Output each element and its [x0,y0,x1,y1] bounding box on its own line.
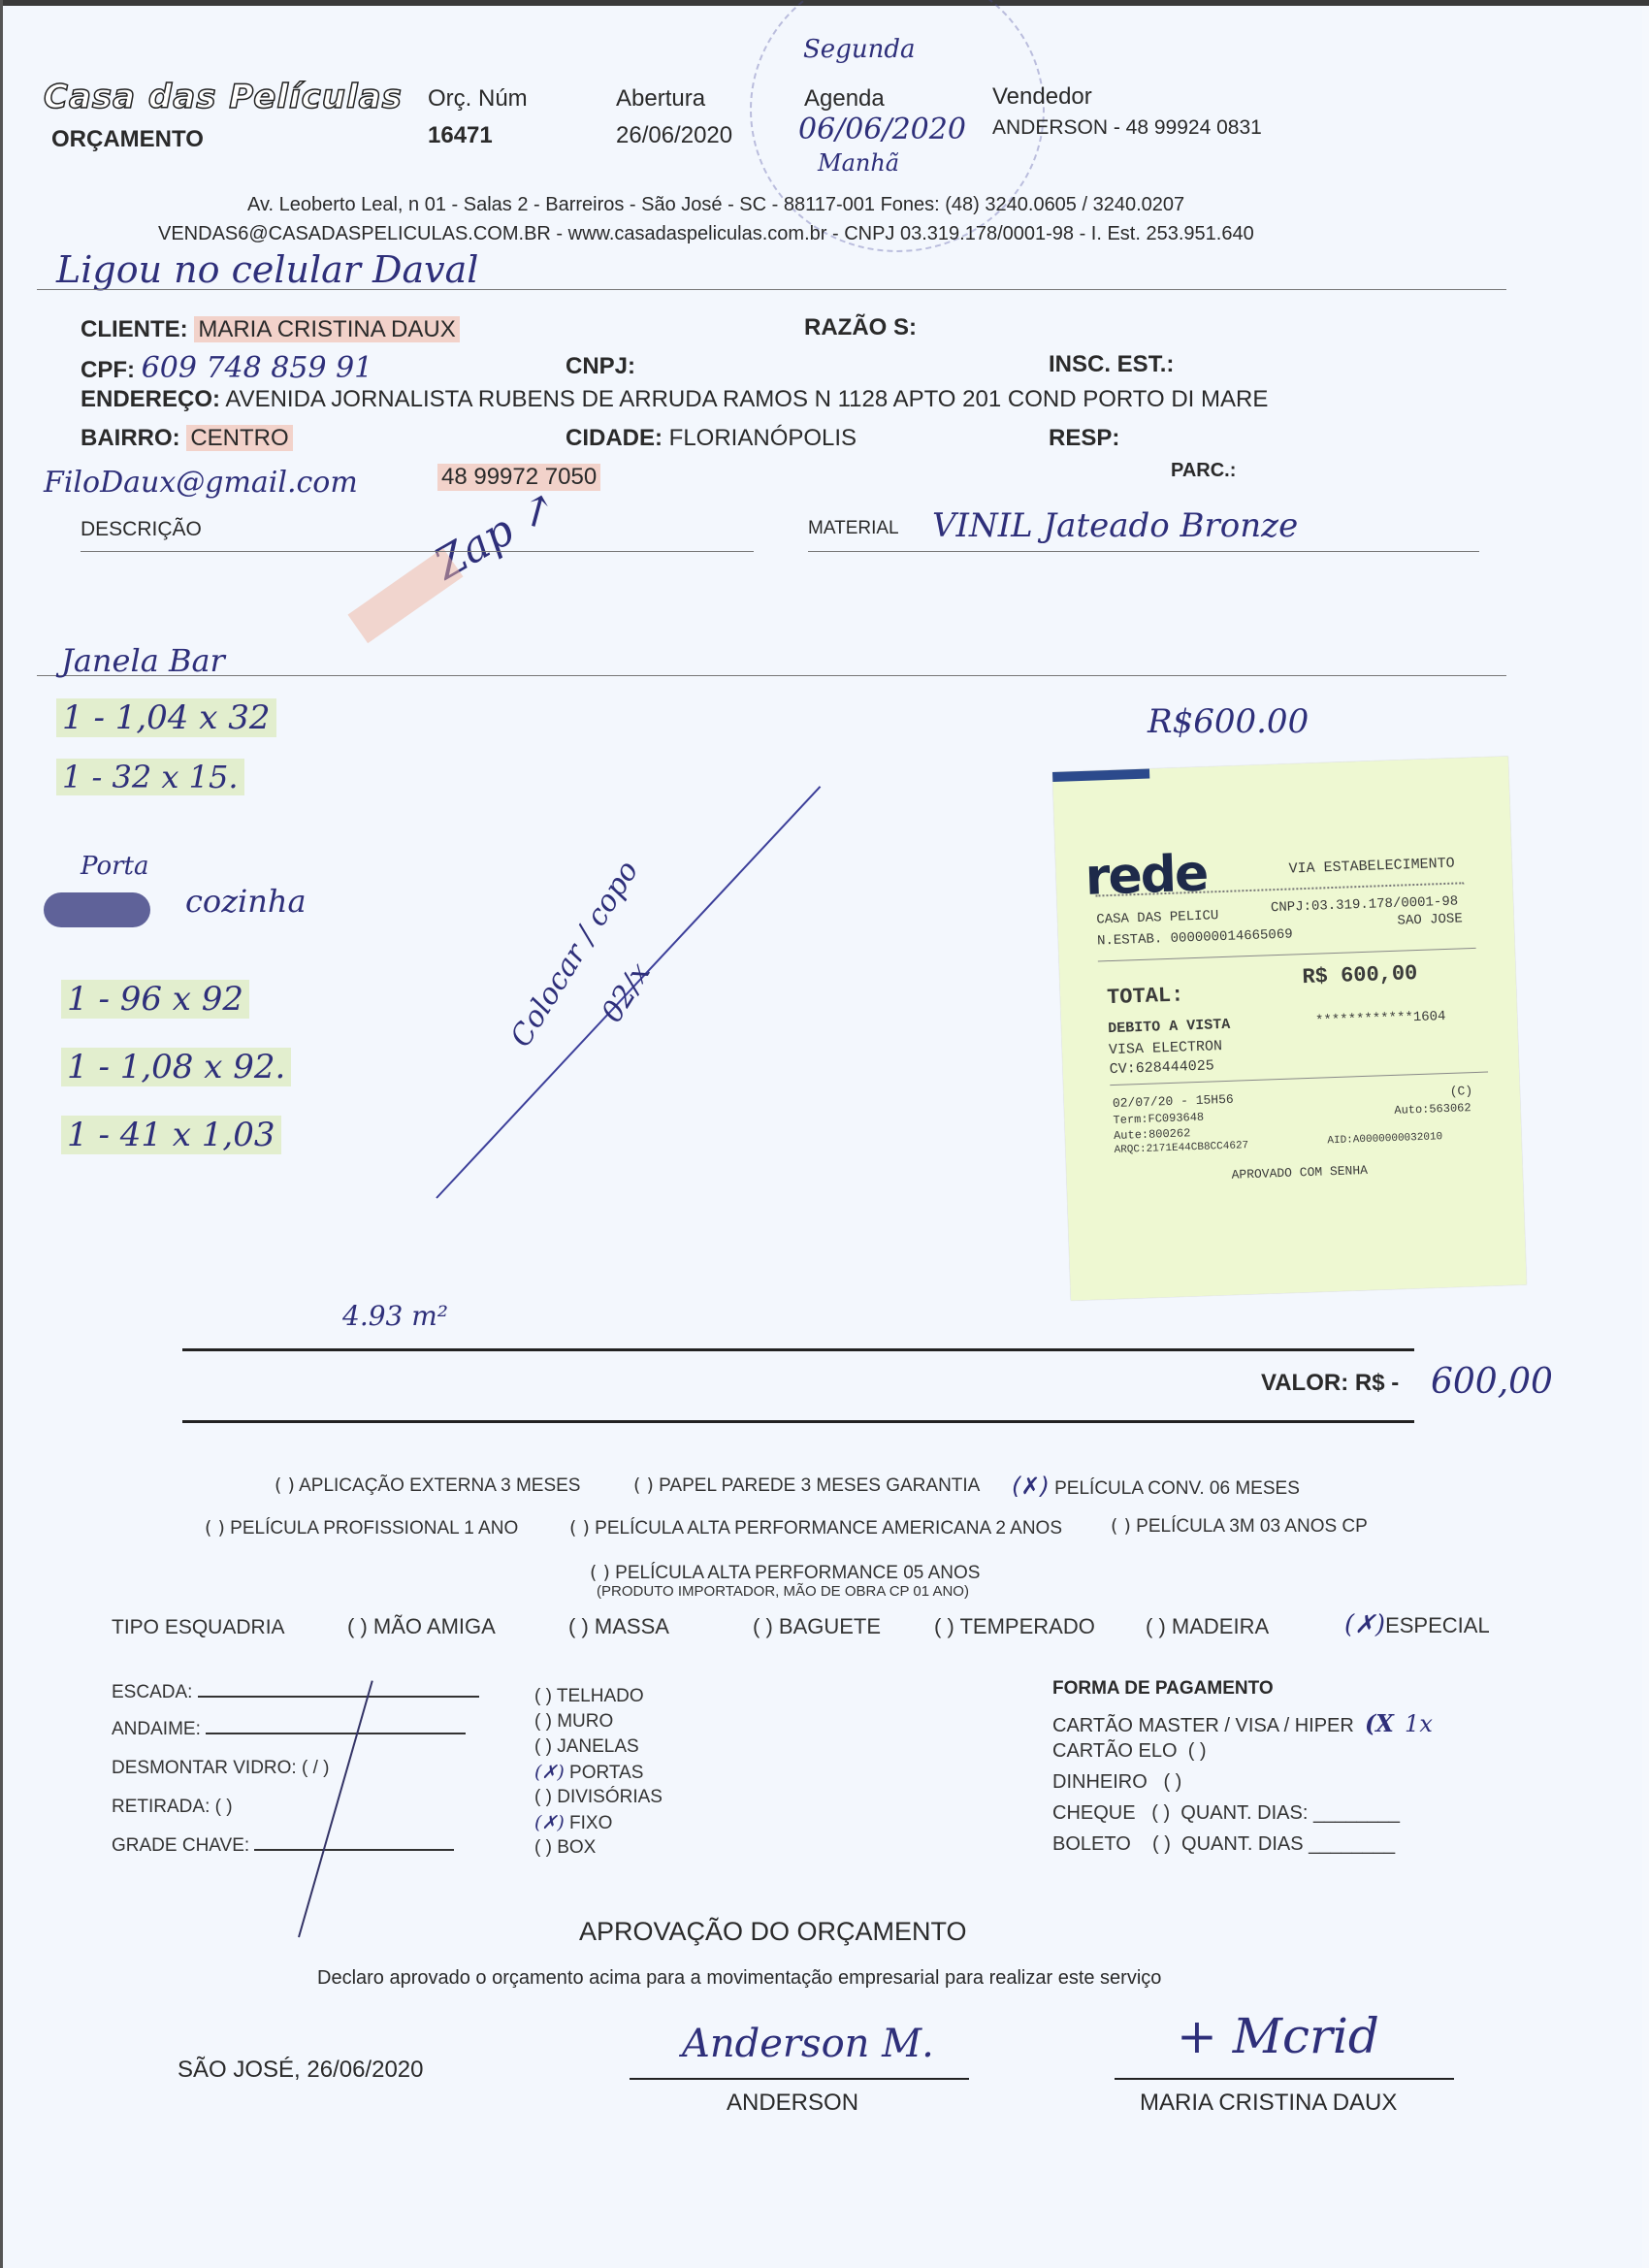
insc-est-label: INSC. EST.: [1049,351,1174,378]
area-note: 4.93 m² [342,1300,448,1332]
handwritten-call-note: Ligou no celular Daval [56,248,478,291]
esquadria-label: TIPO ESQUADRIA [112,1616,285,1639]
receipt-tear-edge [1052,769,1149,782]
signer-client-name: MARIA CRISTINA DAUX [1140,2090,1397,2117]
esquadria-option[interactable]: ( ) BAGUETE [753,1614,881,1639]
client-email: FiloDaux@gmail.com [44,466,358,500]
local-option[interactable]: ( ) BOX [534,1837,596,1859]
receipt-merchant: CASA DAS PELICU [1096,908,1219,927]
local-option[interactable]: ( ) TELHADO [534,1686,644,1707]
cpf-field: CPF: 609 748 859 91 [81,351,372,385]
vendedor-label: Vendedor [992,83,1092,111]
check-mark-icon: (X [1365,1709,1394,1737]
cliente-label: CLIENTE: [81,316,188,342]
receipt-term: Term:FC093648 [1113,1111,1204,1127]
cpf-value: 609 748 859 91 [142,351,373,385]
quote-document: Casa das Películas ORÇAMENTO Orç. Núm 16… [3,6,1642,2268]
approval-title: APROVAÇÃO DO ORÇAMENTO [579,1917,967,1947]
price-note: R$600.00 [1148,702,1309,741]
razao-label: RAZÃO S: [804,314,917,341]
divider [37,289,1506,290]
receipt-total-label: TOTAL: [1107,983,1184,1010]
pagamento-option[interactable]: DINHEIRO ( ) [1052,1771,1181,1794]
receipt-card-brand: VISA ELECTRON [1109,1038,1223,1058]
card-payment-receipt: rede VIA ESTABELECIMENTO CASA DAS PELICU… [1052,757,1527,1301]
total-rule-bottom [182,1420,1414,1423]
receipt-mode: (C) [1449,1084,1472,1099]
descricao-label: DESCRIÇÃO [81,518,202,541]
abertura-label: Abertura [616,85,705,113]
warranty-footnote: (PRODUTO IMPORTADOR, MÃO DE OBRA CP 01 A… [597,1583,969,1600]
receipt-datetime: 02/07/20 - 15H56 [1113,1092,1234,1111]
pagamento-title: FORMA DE PAGAMENTO [1052,1678,1274,1700]
esquadria-option[interactable]: ( ) MASSA [568,1614,669,1639]
esquadria-option[interactable]: ( ) MADEIRA [1146,1614,1269,1639]
item-group-2-title-top: Porta [81,852,148,881]
total-rule-top [182,1348,1414,1351]
desmontar-field[interactable]: DESMONTAR VIDRO: ( / ) [112,1758,330,1779]
item-group-2-title: cozinha [185,883,307,920]
signature-line [630,2078,969,2080]
vendedor-value: ANDERSON - 48 99924 0831 [992,116,1262,140]
item-line: 1 - 1,08 x 92. [61,1048,291,1086]
receipt-aid: AID:A0000000032010 [1327,1131,1442,1147]
warranty-option[interactable]: ( ) PAPEL PAREDE 3 MESES GARANTIA [633,1474,980,1497]
warranty-option[interactable]: ( ) PELÍCULA 3M 03 ANOS CP [1111,1515,1368,1538]
item-line: 1 - 96 x 92 [61,980,249,1019]
endereco-value: AVENIDA JORNALISTA RUBENS DE ARRUDA RAMO… [225,386,1268,412]
place-date: SÃO JOSÉ, 26/06/2020 [178,2057,424,2084]
bairro-label: BAIRRO: [81,425,180,451]
highlight-mark [348,548,464,643]
receipt-via: VIA ESTABELECIMENTO [1288,856,1455,878]
esquadria-option[interactable]: ( ) TEMPERADO [934,1614,1095,1639]
local-option[interactable]: ( ) DIVISÓRIAS [534,1787,663,1808]
item-line: 1 - 41 x 1,03 [61,1116,281,1154]
receipt-city: SAO JOSE [1397,911,1463,928]
escada-field[interactable]: ESCADA: [112,1682,479,1703]
receipt-total-value: R$ 600,00 [1302,961,1418,989]
valor-value: 600,00 [1431,1362,1553,1402]
cliente-field: CLIENTE: MARIA CRISTINA DAUX [81,316,460,343]
receipt-aute: Aute:800262 [1114,1126,1191,1143]
scribbled-out-word [44,892,150,927]
resp-label: RESP: [1049,425,1119,452]
company-logo: Casa das Películas [44,78,403,116]
bairro-field: BAIRRO: CENTRO [81,425,293,452]
rede-logo: rede [1084,845,1208,907]
check-mark-icon: (✗) [1012,1473,1050,1500]
receipt-divider [1098,948,1476,962]
warranty-option[interactable]: ( ) APLICAÇÃO EXTERNA 3 MESES [275,1474,580,1497]
cidade-field: CIDADE: FLORIANÓPOLIS [566,425,857,452]
cidade-label: CIDADE: [566,425,663,451]
material-label: MATERIAL [808,518,899,539]
receipt-status: APROVADO COM SENHA [1231,1163,1368,1183]
receipt-arqc: ARQC:2171E44CB8CC4627 [1114,1140,1248,1156]
cliente-value: MARIA CRISTINA DAUX [194,316,459,342]
warranty-option[interactable]: ( ) PELÍCULA PROFISSIONAL 1 ANO [205,1517,518,1539]
warranty-option-checked[interactable]: (✗) PELÍCULA CONV. 06 MESES [1012,1473,1300,1500]
item-line: 1 - 1,04 x 32 [56,698,276,737]
abertura-value: 26/06/2020 [616,122,732,149]
endereco-field: ENDEREÇO: AVENIDA JORNALISTA RUBENS DE A… [81,386,1268,413]
check-mark-icon: (✗) [534,1812,565,1833]
cpf-label: CPF: [81,357,135,383]
check-mark-icon: (✗) [1344,1610,1385,1639]
local-option-checked[interactable]: (✗) PORTAS [534,1762,643,1784]
signer-anderson-name: ANDERSON [727,2090,858,2117]
descricao-underline [81,551,754,552]
pagamento-option[interactable]: CARTÃO ELO ( ) [1052,1740,1207,1763]
bairro-value: CENTRO [186,425,292,451]
cnpj-label: CNPJ: [566,353,635,380]
local-option-checked[interactable]: (✗) FIXO [534,1812,612,1834]
warranty-option[interactable]: ( ) PELÍCULA ALTA PERFORMANCE 05 ANOS [590,1562,980,1584]
local-option[interactable]: ( ) MURO [534,1711,613,1733]
receipt-card-number: ************1604 [1315,1009,1446,1029]
material-underline [808,551,1479,552]
signature-anderson: Anderson M. [682,2022,934,2066]
orc-num-label: Orç. Núm [428,85,528,113]
agenda-label: Agenda [804,85,885,113]
grade-chave-field[interactable]: GRADE CHAVE: [112,1835,454,1857]
receipt-auto: Auto:563062 [1394,1101,1471,1118]
cidade-value: FLORIANÓPOLIS [669,425,857,451]
receipt-payment-type: DEBITO A VISTA [1108,1017,1231,1037]
valor-label: VALOR: R$ - [1261,1370,1399,1397]
item-group-1-title: Janela Bar [61,642,225,679]
local-option[interactable]: ( ) JANELAS [534,1736,639,1758]
receipt-cv: CV:628444025 [1109,1057,1214,1078]
pagamento-option-checked[interactable]: CARTÃO MASTER / VISA / HIPER (X 1x [1052,1709,1433,1737]
andaime-field[interactable]: ANDAIME: [112,1719,466,1740]
receipt-estab: N.ESTAB. 000000014665069 [1097,926,1293,949]
esquadria-option-checked[interactable]: (✗)ESPECIAL [1344,1610,1490,1639]
company-address: Av. Leoberto Leal, n 01 - Salas 2 - Barr… [247,194,1184,216]
material-value: VINIL Jateado Bronze [932,506,1298,545]
parc-label: PARC.: [1171,460,1236,482]
retirada-field[interactable]: RETIRADA: ( ) [112,1797,233,1818]
endereco-label: ENDEREÇO: [81,386,220,412]
pagamento-option[interactable]: CHEQUE ( ) QUANT. DIAS: ________ [1052,1802,1400,1825]
signature-line [1115,2078,1454,2080]
agenda-value: 06/06/2020 [798,113,966,146]
warranty-option[interactable]: ( ) PELÍCULA ALTA PERFORMANCE AMERICANA … [569,1517,1062,1539]
item-line: 1 - 32 x 15. [56,759,244,795]
check-mark-icon: (✗) [534,1762,565,1783]
signature-client: + Mcrid [1177,2008,1379,2064]
orc-num-value: 16471 [428,122,493,149]
company-contact: VENDAS6@CASADASPELICULAS.COM.BR - www.ca… [158,223,1254,245]
agenda-note-bottom: Manhã [818,149,899,177]
client-phone: 48 99972 7050 [437,464,600,491]
approval-declaration: Declaro aprovado o orçamento acima para … [317,1967,1161,1990]
pagamento-option[interactable]: BOLETO ( ) QUANT. DIAS ________ [1052,1833,1395,1856]
agenda-note-top: Segunda [803,35,915,64]
esquadria-option[interactable]: ( ) MÃO AMIGA [347,1614,496,1639]
doc-type: ORÇAMENTO [51,126,204,153]
divider [37,675,1506,676]
